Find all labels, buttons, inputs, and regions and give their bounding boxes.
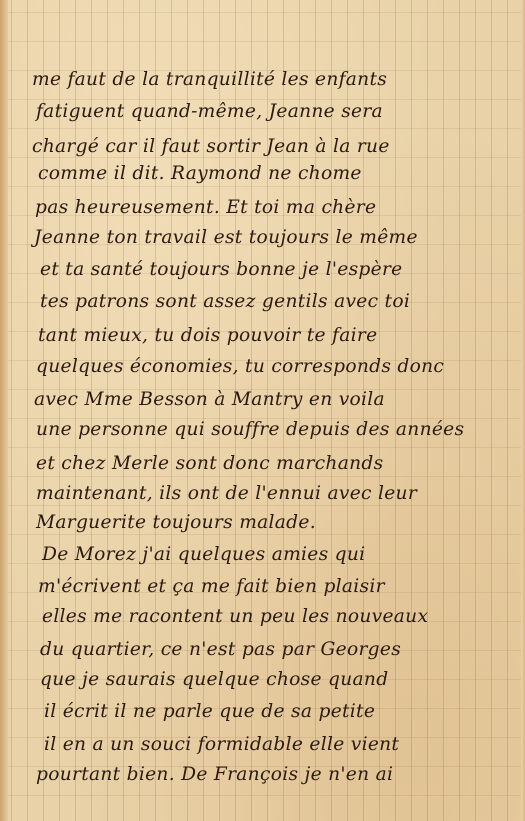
paper-right-edge bbox=[521, 0, 525, 821]
letter-line: maintenant, ils ont de l'ennui avec leur bbox=[36, 482, 417, 504]
letter-line: De Morez j'ai quelques amies qui bbox=[42, 543, 365, 565]
letter-line: fatiguent quand-même, Jeanne sera bbox=[36, 100, 383, 122]
letter-line: pas heureusement. Et toi ma chère bbox=[35, 196, 376, 218]
letter-line: tes patrons sont assez gentils avec toi bbox=[40, 290, 410, 312]
letter-page: me faut de la tranquillité les enfants f… bbox=[0, 0, 525, 821]
letter-line: il écrit il ne parle que de sa petite bbox=[44, 700, 375, 722]
letter-line: me faut de la tranquillité les enfants bbox=[32, 68, 387, 90]
letter-line: une personne qui souffre depuis des anné… bbox=[36, 418, 464, 440]
letter-line: tant mieux, tu dois pouvoir te faire bbox=[38, 324, 377, 346]
letter-line: m'écrivent et ça me fait bien plaisir bbox=[38, 575, 385, 597]
letter-line: quelques économies, tu corresponds donc bbox=[36, 355, 444, 377]
letter-line: du quartier, ce n'est pas par Georges bbox=[40, 638, 401, 660]
letter-line: comme il dit. Raymond ne chome bbox=[38, 162, 362, 184]
letter-line: chargé car il faut sortir Jean à la rue bbox=[32, 135, 390, 157]
letter-line: et chez Merle sont donc marchands bbox=[36, 452, 383, 474]
letter-line: avec Mme Besson à Mantry en voila bbox=[34, 388, 385, 410]
letter-line: pourtant bien. De François je n'en ai bbox=[36, 763, 393, 785]
letter-line: Marguerite toujours malade. bbox=[36, 511, 316, 533]
letter-line: il en a un souci formidable elle vient bbox=[44, 733, 399, 755]
letter-line: elles me racontent un peu les nouveaux bbox=[42, 605, 428, 627]
letter-line: et ta santé toujours bonne je l'espère bbox=[40, 258, 402, 280]
paper-left-edge bbox=[0, 0, 8, 821]
letter-line: Jeanne ton travail est toujours le même bbox=[34, 226, 418, 248]
letter-line: que je saurais quelque chose quand bbox=[40, 668, 388, 690]
